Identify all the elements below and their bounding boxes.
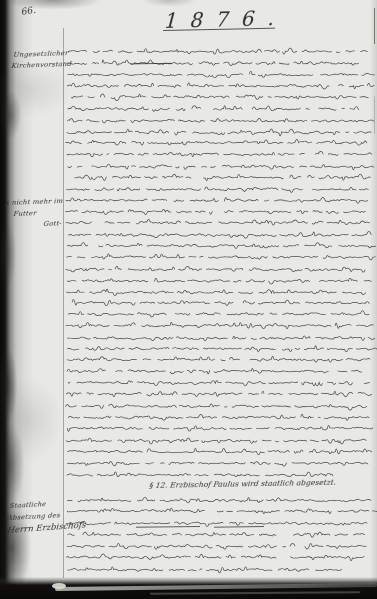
emphasis-underline: [214, 527, 264, 528]
handwriting-line: [66, 521, 373, 526]
handwriting-line: [66, 198, 374, 204]
handwriting-line: [67, 254, 376, 260]
handwriting-line: [67, 289, 366, 295]
handwriting-line: [66, 139, 367, 145]
handwriting-line: [68, 448, 372, 454]
handwriting-line: [67, 508, 377, 514]
underlying-page-edge: [374, 8, 375, 44]
handwriting-line: [66, 554, 364, 561]
handwriting-line: [68, 106, 370, 112]
handwriting-line: [67, 83, 374, 89]
handwriting-line: [71, 94, 368, 101]
handwriting-line: [67, 187, 369, 192]
handwriting-line: [67, 336, 374, 341]
handwriting-line: [68, 311, 369, 317]
handwriting-line: [68, 381, 370, 386]
page-corner-glint: [52, 583, 66, 589]
inline-dash: [130, 63, 172, 64]
handwriting-line: [68, 119, 375, 123]
bottom-scan-edge: [0, 577, 377, 599]
handwriting-line: [67, 346, 377, 352]
handwriting-line: [67, 243, 375, 249]
handwriting-line: [67, 472, 333, 477]
handwriting-line: [66, 219, 370, 225]
underlying-page-edge-faint: [374, 96, 375, 134]
handwriting-line: [67, 278, 371, 284]
page-edge-highlight: [55, 583, 377, 591]
emphasis-underline: [136, 527, 200, 528]
handwriting-line: [67, 497, 370, 503]
handwriting-line: [66, 266, 365, 272]
handwriting-line: [66, 322, 373, 328]
handwriting-line: [66, 391, 371, 397]
handwriting-line: [68, 164, 377, 170]
handwriting-line: [66, 404, 372, 410]
page-edge-highlight-2: [150, 591, 360, 594]
handwriting-line: [66, 209, 366, 214]
handwriting-line: [67, 356, 370, 362]
handwriting-line: [68, 532, 365, 537]
handwriting-line: [68, 71, 375, 77]
handwriting-line: [75, 174, 374, 181]
scanned-document-page: 66. 1876. Ungesetzlicher Kirchenvorstand…: [0, 0, 377, 599]
handwriting-line: [67, 543, 366, 549]
handwriting-line: [68, 48, 367, 54]
handwriting-line: [67, 462, 368, 467]
handwriting-line: [72, 300, 369, 306]
handwriting-line: [67, 60, 365, 66]
handwriting-line: [67, 151, 372, 156]
handwritten-body-text: [0, 0, 377, 599]
handwriting-line: [68, 567, 342, 573]
handwriting-line: [67, 368, 371, 373]
handwriting-line: [67, 129, 371, 136]
handwriting-line: [66, 438, 366, 444]
handwriting-line: [67, 426, 372, 432]
handwriting-line: [68, 232, 371, 239]
handwriting-line: [68, 414, 369, 420]
